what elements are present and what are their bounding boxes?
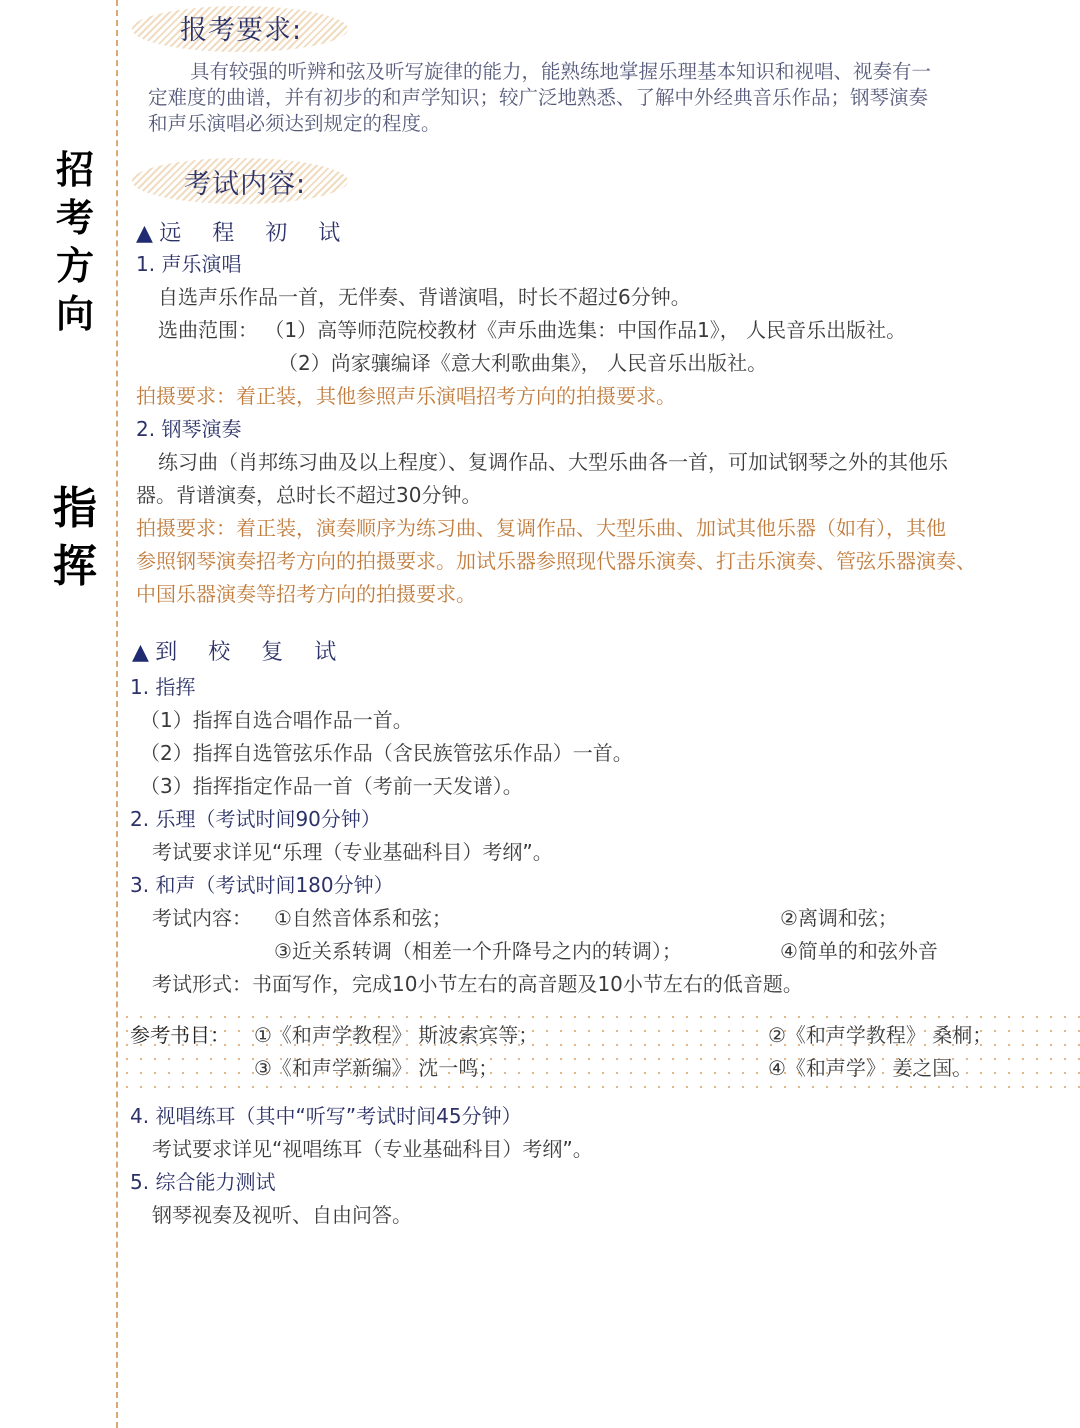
harmony-content-item: ②离调和弦； bbox=[780, 904, 898, 932]
requirements-line-3: 和声乐演唱必须达到规定的程度。 bbox=[148, 110, 441, 137]
reference-item: ①《和声学教程》 斯波索宾等； bbox=[254, 1021, 538, 1049]
item-title: 1. 指挥 bbox=[130, 673, 195, 701]
requirements-line-1: 具有较强的听辨和弦及听写旋律的能力，能熟练地掌握乐理基本知识和视唱、视奏有一 bbox=[190, 58, 931, 85]
content-title: 考试内容: bbox=[184, 162, 306, 201]
sidebar-char: 向 bbox=[50, 290, 100, 338]
reference-item: ④《和声学》 姜之国。 bbox=[768, 1054, 972, 1082]
sidebar-char: 考 bbox=[50, 194, 100, 242]
remote-heading: ▲ 远 程 初 试 bbox=[136, 219, 352, 248]
photo-requirement: 拍摄要求：着正装，演奏顺序为练习曲、复调作品、大型乐曲、加试其他乐器（如有），其… bbox=[136, 514, 946, 542]
item-line: 练习曲（肖邦练习曲及以上程度）、复调作品、大型乐曲各一首，可加试钢琴之外的其他乐 bbox=[158, 448, 948, 476]
remote-heading-text: 远 程 初 试 bbox=[159, 221, 352, 246]
item-title: 5. 综合能力测试 bbox=[130, 1168, 275, 1196]
harmony-content-item: ①自然音体系和弦； bbox=[274, 904, 452, 932]
item-title: 3. 和声（考试时间180分钟） bbox=[130, 871, 394, 899]
item-line: （3）指挥指定作品一首（考前一天发谱）。 bbox=[140, 772, 523, 800]
requirements-line-2: 定难度的曲谱，并有初步的和声学知识；较广泛地熟悉、了解中外经典音乐作品；钢琴演奏 bbox=[148, 84, 928, 111]
sidebar-char: 挥 bbox=[50, 538, 100, 596]
sidebar-char: 指 bbox=[50, 480, 100, 538]
item-title: 2. 乐理（考试时间90分钟） bbox=[130, 805, 381, 833]
item-line: 自选声乐作品一首，无伴奏、背谱演唱，时长不超过6分钟。 bbox=[158, 283, 691, 311]
photo-requirement: 参照钢琴演奏招考方向的拍摄要求。加试乐器参照现代器乐演奏、打击乐演奏、管弦乐器演… bbox=[136, 547, 976, 575]
item-line: 考试要求详见“视唱练耳（专业基础科目）考纲”。 bbox=[152, 1135, 593, 1163]
harmony-content-item: ③近关系转调（相差一个升降号之内的转调）； bbox=[274, 937, 682, 965]
harmony-content-label: 考试内容： bbox=[152, 904, 252, 932]
onsite-heading-text: 到 校 复 试 bbox=[155, 640, 348, 665]
sidebar-char: 方 bbox=[50, 242, 100, 290]
references-label: 参考书目： bbox=[130, 1021, 230, 1049]
onsite-heading: ▲ 到 校 复 试 bbox=[132, 638, 348, 667]
item-title: 4. 视唱练耳（其中“听写”考试时间45分钟） bbox=[130, 1102, 522, 1130]
item-line: （1）指挥自选合唱作品一首。 bbox=[140, 706, 413, 734]
photo-requirement: 拍摄要求：着正装，其他参照声乐演唱招考方向的拍摄要求。 bbox=[136, 382, 676, 410]
item-line: 钢琴视奏及视听、自由问答。 bbox=[152, 1201, 412, 1229]
sidebar-label-conducting: 指 挥 bbox=[50, 480, 100, 596]
sidebar-label-direction: 招 考 方 向 bbox=[50, 146, 100, 338]
reference-item: ②《和声学教程》 桑桐； bbox=[768, 1021, 992, 1049]
item-line: 考试要求详见“乐理（专业基础科目）考纲”。 bbox=[152, 838, 553, 866]
item-line: （2）尚家骧编译《意大利歌曲集》， 人民音乐出版社。 bbox=[278, 349, 767, 377]
photo-requirement: 中国乐器演奏等招考方向的拍摄要求。 bbox=[136, 580, 476, 608]
reference-item: ③《和声学新编》 沈一鸣； bbox=[254, 1054, 498, 1082]
item-line: 器。背谱演奏，总时长不超过30分钟。 bbox=[136, 481, 481, 509]
requirements-title: 报考要求: bbox=[180, 8, 302, 47]
sidebar-char: 招 bbox=[50, 146, 100, 194]
item-title: 2. 钢琴演奏 bbox=[136, 415, 241, 443]
dashed-divider bbox=[116, 0, 118, 1428]
triangle-icon: ▲ bbox=[132, 640, 149, 665]
harmony-form: 考试形式：书面写作，完成10小节左右的高音题及10小节左右的低音题。 bbox=[152, 970, 803, 998]
item-line: 选曲范围： （1）高等师范院校教材《声乐曲选集：中国作品1》， 人民音乐出版社。 bbox=[158, 316, 906, 344]
harmony-content-item: ④简单的和弦外音 bbox=[780, 937, 938, 965]
triangle-icon: ▲ bbox=[136, 221, 153, 246]
item-title: 1. 声乐演唱 bbox=[136, 250, 241, 278]
item-line: （2）指挥自选管弦乐作品（含民族管弦乐作品）一首。 bbox=[140, 739, 633, 767]
